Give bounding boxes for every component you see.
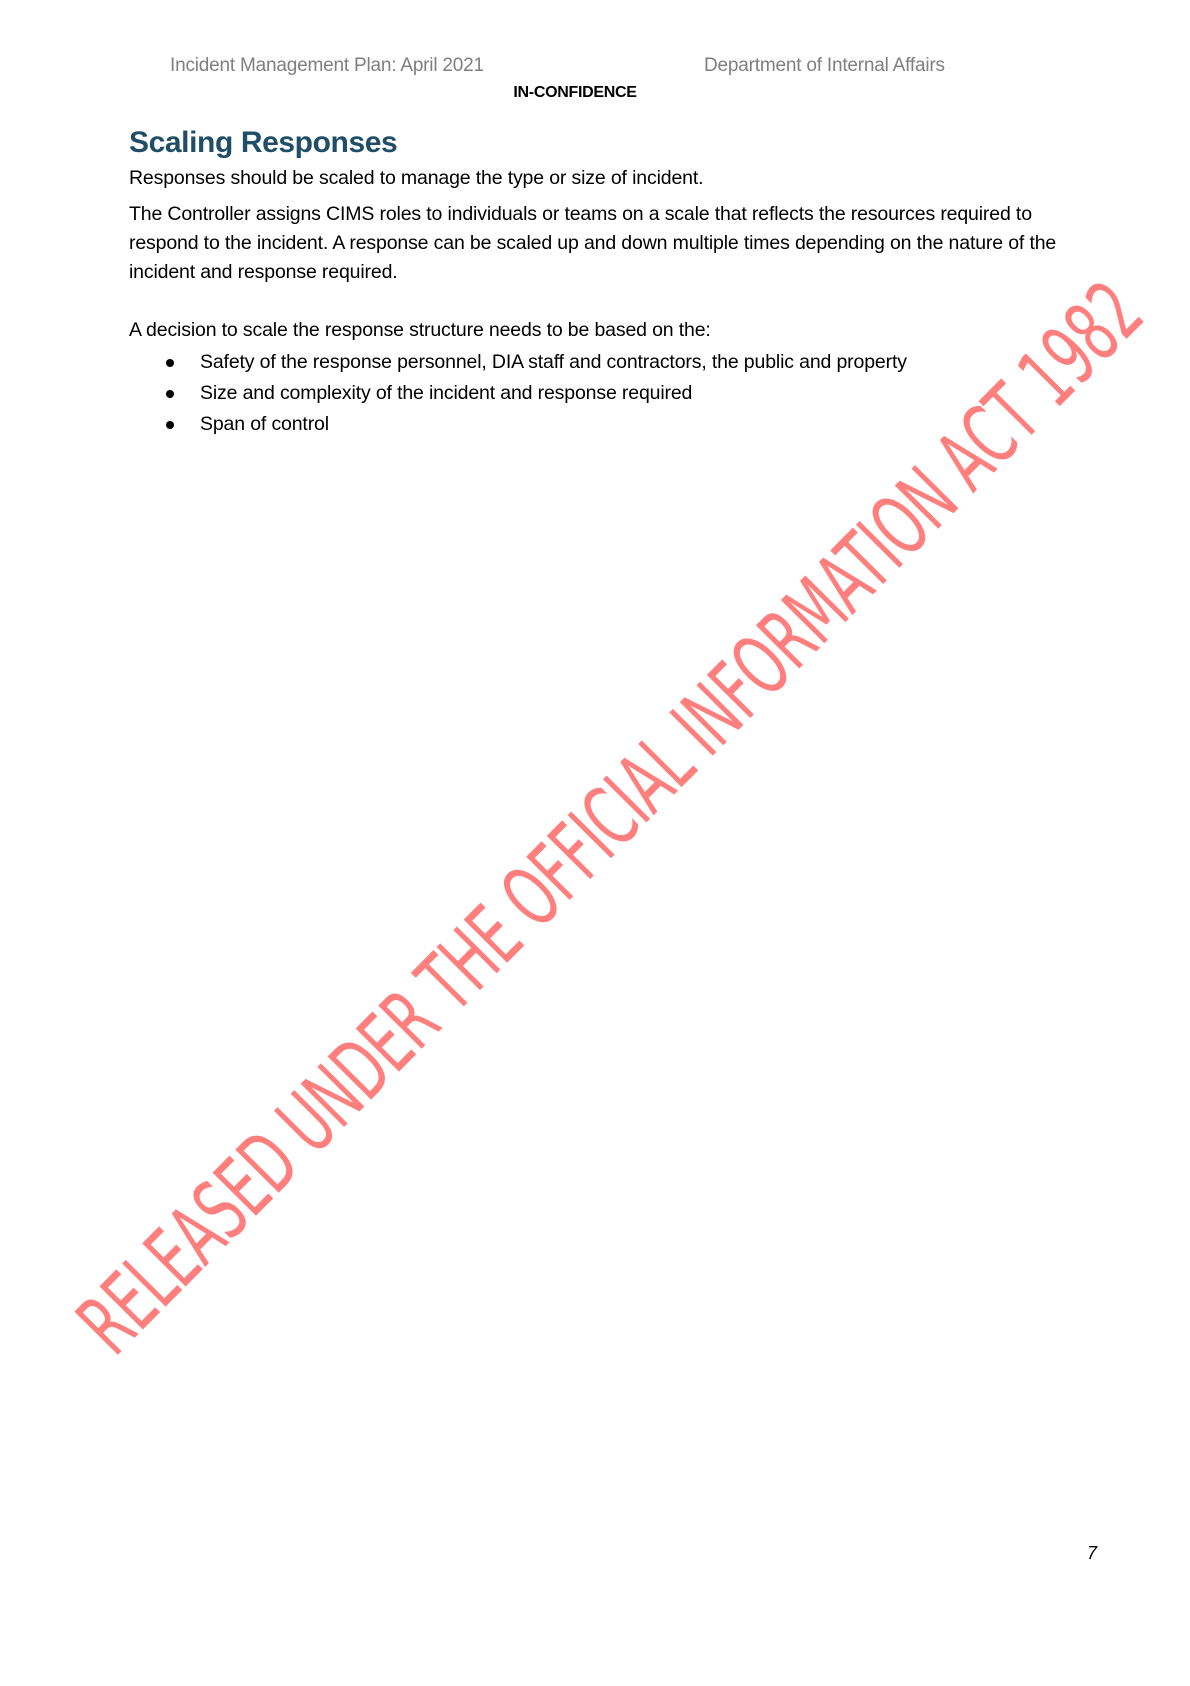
list-item: Size and complexity of the incident and … [129,378,1069,409]
list-item-text: Size and complexity of the incident and … [200,382,692,404]
criteria-list: Safety of the response personnel, DIA st… [129,347,1069,440]
bullet-icon [166,359,174,367]
list-item: Safety of the response personnel, DIA st… [129,347,1069,378]
page-content: Scaling Responses Responses should be sc… [129,124,1069,440]
section-heading: Scaling Responses [129,124,1069,162]
list-item-text: Span of control [200,413,329,435]
paragraph-controller: The Controller assigns CIMS roles to ind… [129,200,1069,287]
list-item-text: Safety of the response personnel, DIA st… [200,351,907,373]
paragraph-intro: Responses should be scaled to manage the… [129,164,1069,193]
paragraph-decision: A decision to scale the response structu… [129,316,1069,345]
page-number: 7 [1087,1543,1097,1564]
header-document-title: Incident Management Plan: April 2021 [170,55,484,77]
list-item: Span of control [129,409,1069,440]
bullet-icon [166,421,174,429]
header-department: Department of Internal Affairs [704,55,945,77]
bullet-icon [166,390,174,398]
classification-label: IN-CONFIDENCE [0,84,1150,102]
